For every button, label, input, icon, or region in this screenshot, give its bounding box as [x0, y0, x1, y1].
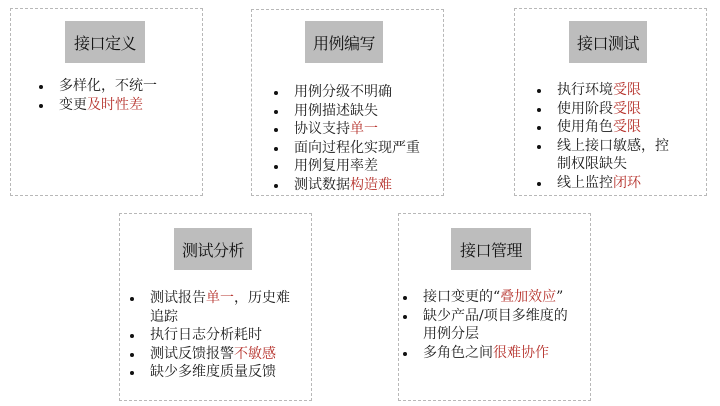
list-item: 面向过程化实现严重 [272, 139, 442, 158]
highlight-text: 单一 [350, 121, 378, 137]
highlight-text: 受限 [613, 119, 641, 135]
box-interface-definition: 接口定义 多样化，不统一 变更及时性差 [10, 8, 203, 196]
item-list: 测试报告单一，历史难追踪 执行日志分析耗时 测试反馈报警不敏感 缺少多维度质量反… [128, 289, 306, 382]
list-item: 执行日志分析耗时 [128, 326, 306, 345]
highlight-text: 构造难 [350, 177, 392, 193]
highlight-text: 及时性差 [87, 97, 143, 113]
list-item: 接口变更的“叠加效应” [401, 288, 591, 307]
list-item: 变更及时性差 [37, 96, 197, 115]
highlight-text: 受限 [613, 101, 641, 117]
item-list: 执行环境受限 使用阶段受限 使用角色受限 线上接口敏感，控制权限缺失 线上监控闭… [535, 81, 675, 192]
highlight-text: 不敏感 [234, 346, 276, 362]
box-interface-management: 接口管理 接口变更的“叠加效应” 缺少产品/项目多维度的用例分层 多角色之间很难… [398, 213, 591, 401]
box-title: 用例编写 [305, 21, 383, 63]
item-list: 多样化，不统一 变更及时性差 [37, 77, 197, 114]
highlight-text: 叠加效应 [500, 289, 556, 305]
box-title: 接口测试 [569, 21, 647, 63]
list-item: 使用角色受限 [535, 118, 675, 137]
item-list: 接口变更的“叠加效应” 缺少产品/项目多维度的用例分层 多角色之间很难协作 [401, 288, 591, 362]
box-test-analysis: 测试分析 测试报告单一，历史难追踪 执行日志分析耗时 测试反馈报警不敏感 缺少多… [119, 213, 312, 401]
item-list: 用例分级不明确 用例描述缺失 协议支持单一 面向过程化实现严重 用例复用率差 测… [272, 83, 442, 194]
list-item: 协议支持单一 [272, 120, 442, 139]
list-item: 用例描述缺失 [272, 102, 442, 121]
list-item: 用例分级不明确 [272, 83, 442, 102]
list-item: 线上监控闭环 [535, 174, 675, 193]
highlight-text: 受限 [613, 82, 641, 98]
list-item: 测试反馈报警不敏感 [128, 345, 306, 364]
highlight-text: 闭环 [613, 175, 641, 191]
highlight-text: 单一 [206, 290, 234, 306]
list-item: 用例复用率差 [272, 157, 442, 176]
list-item: 使用阶段受限 [535, 100, 675, 119]
list-item: 缺少产品/项目多维度的用例分层 [401, 307, 575, 344]
box-case-writing: 用例编写 用例分级不明确 用例描述缺失 协议支持单一 面向过程化实现严重 用例复… [251, 9, 444, 196]
list-item: 测试数据构造难 [272, 176, 442, 195]
box-title: 接口定义 [65, 21, 145, 63]
list-item: 执行环境受限 [535, 81, 675, 100]
highlight-text: 很难协作 [493, 345, 549, 361]
list-item: 线上接口敏感，控制权限缺失 [535, 137, 675, 174]
list-item: 多样化，不统一 [37, 77, 197, 96]
list-item: 多角色之间很难协作 [401, 344, 591, 363]
box-interface-testing: 接口测试 执行环境受限 使用阶段受限 使用角色受限 线上接口敏感，控制权限缺失 … [514, 8, 707, 196]
box-title: 测试分析 [174, 228, 252, 270]
box-title: 接口管理 [451, 228, 531, 270]
list-item: 缺少多维度质量反馈 [128, 363, 306, 382]
list-item: 测试报告单一，历史难追踪 [128, 289, 296, 326]
